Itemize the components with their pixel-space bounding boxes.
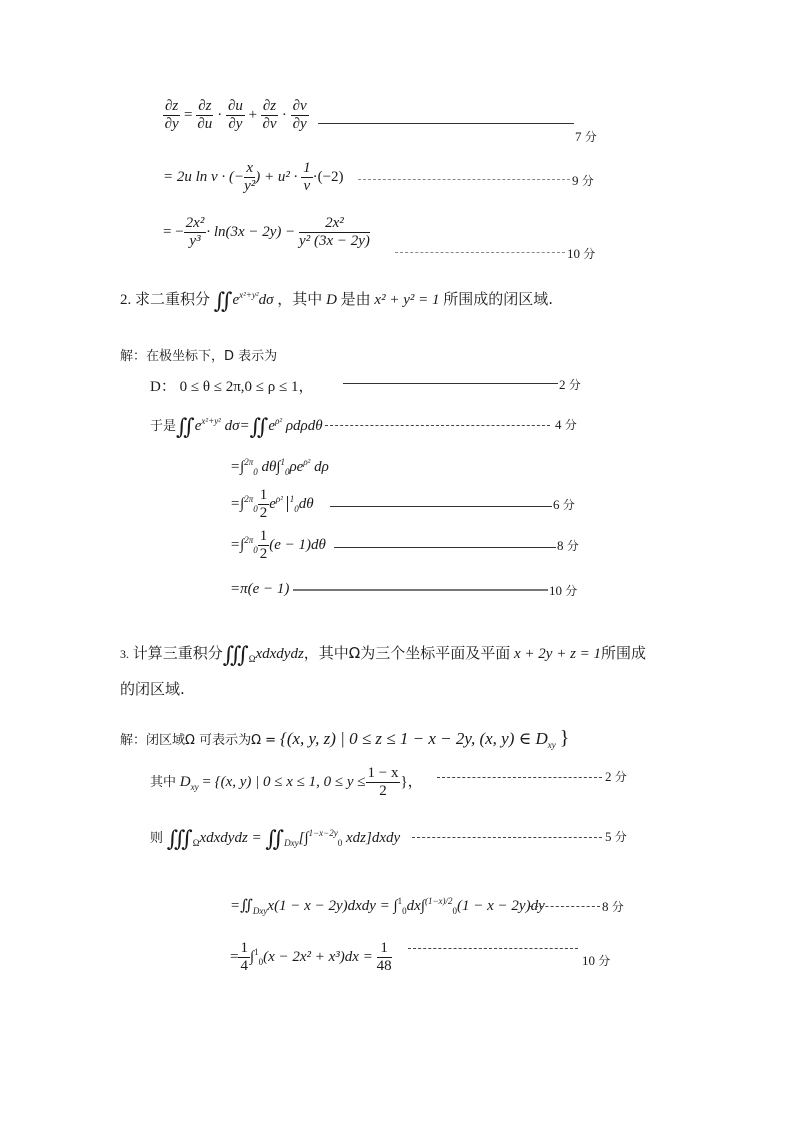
score-leader-line — [325, 425, 550, 426]
fraction: 2x²y² (3x − 2y) — [299, 215, 370, 251]
outer-integral: =∫2π012(e − 1)dθ — [230, 528, 326, 564]
score-leader-line — [293, 589, 548, 591]
score-2: 2 分 — [559, 376, 581, 393]
triple-integral-icon: ∭ — [223, 642, 243, 667]
solution-label: 解：在极坐标下，D 表示为 — [120, 345, 277, 364]
double-integral-icon: ∬ — [265, 826, 278, 851]
inner-evaluated: =∫2π012eρ² 10dθ — [230, 487, 314, 523]
score-10: 10 分 — [567, 245, 595, 262]
fraction: ∂z∂u — [196, 98, 213, 134]
score-leader-line — [395, 252, 565, 253]
score-2: 2 分 — [605, 768, 627, 785]
step-substitution: = 2u ln v · (−xy²) + u² · 1v·(−2) — [163, 160, 344, 196]
denominator: ∂y — [226, 116, 245, 133]
step-chain-rule: ∂z∂y = ∂z∂u · ∂u∂y + ∂z∂v · ∂v∂y — [163, 98, 309, 134]
fraction: ∂u∂y — [226, 98, 245, 134]
double-integral-icon: ∬ — [176, 414, 189, 439]
score-8: 8 分 — [602, 898, 624, 915]
triple-to-double: 则 ∭Ωxdxdydz = ∬Dxy[∫1−x−2y0 xdz]dxdy — [150, 826, 400, 852]
equation: x² + y² = 1 — [374, 292, 439, 308]
score-5: 5 分 — [605, 828, 627, 845]
score-leader-line — [412, 837, 602, 838]
dxy-definition: 其中 Dxy = {(x, y) | 0 ≤ x ≤ 1, 0 ≤ y ≤1 −… — [150, 765, 423, 801]
plus: + — [249, 107, 257, 123]
dot: · — [282, 107, 287, 123]
score-10: 10 分 — [549, 582, 577, 599]
question-number: 3. — [120, 647, 129, 661]
score-leader-line — [318, 123, 574, 124]
expr: = 2u ln v · (− — [163, 169, 244, 185]
score-leader-line — [334, 547, 556, 548]
polar-transform: 于是∬ex²+y² dσ=∬eρ² ρdρdθ — [150, 414, 323, 440]
iterated-form: =∬Dxyx(1 − x − 2y)dxdy = ∫10dx∫(1−x)/20(… — [230, 896, 545, 916]
score-leader-line — [330, 506, 552, 507]
question-number: 2. — [120, 292, 131, 308]
final-result: =14∫10(x − 2x² + x³)dx = 148 — [230, 940, 392, 976]
denominator: ∂u — [196, 116, 213, 133]
iterated-integral: =∫2π0 dθ∫10ρeρ² dρ — [230, 457, 329, 477]
question-3-cont: 的闭区域. — [120, 678, 185, 699]
region-definition: 解：闭区域Ω 可表示为Ω = {(x, y, z) | 0 ≤ z ≤ 1 − … — [120, 727, 569, 750]
score-6: 6 分 — [553, 496, 575, 513]
step-result: = −2x²y³· ln(3x − 2y) − 2x²y² (3x − 2y) — [163, 215, 370, 251]
equation: x + 2y + z = 1 — [514, 646, 601, 662]
triple-integral-icon: ∭ — [167, 826, 187, 851]
numerator: ∂u — [226, 98, 245, 116]
score-leader-line — [408, 948, 578, 949]
score-leader-line — [358, 179, 570, 180]
score-leader-line — [437, 777, 602, 778]
score-9: 9 分 — [572, 172, 594, 189]
score-7: 7 分 — [575, 128, 597, 145]
double-integral-icon: ∬ — [250, 414, 263, 439]
question-2: 2. 求二重积分 ∬ex²+y²dσ ，其中 D 是由 x² + y² = 1 … — [120, 288, 553, 314]
denominator: ∂v — [261, 116, 278, 133]
score-leader-line — [530, 906, 600, 907]
equals: = — [184, 107, 192, 123]
score-4: 4 分 — [555, 416, 577, 433]
score-leader-line — [343, 383, 558, 384]
question-3: 3. 计算三重积分∭Ωxdxdydz，其中Ω为三个坐标平面及平面 x + 2y … — [120, 642, 646, 668]
fraction: 1v — [301, 160, 313, 196]
polar-domain: D： 0 ≤ θ ≤ 2π,0 ≤ ρ ≤ 1， — [150, 375, 314, 396]
score-8: 8 分 — [557, 537, 579, 554]
fraction: xy² — [244, 160, 255, 196]
expr: ) + u² · — [255, 169, 301, 185]
numerator: ∂z — [163, 98, 180, 116]
dot: · — [217, 107, 222, 123]
fraction: ∂z∂y — [163, 98, 180, 134]
denominator: ∂y — [163, 116, 180, 133]
question-text: 求二重积分 — [135, 290, 210, 308]
expr: · ln(3x − 2y) − — [206, 224, 299, 240]
result-fraction: 148 — [377, 940, 392, 976]
denominator: ∂y — [291, 116, 309, 133]
fraction: ∂v∂y — [291, 98, 309, 134]
fraction: ∂z∂v — [261, 98, 278, 134]
double-integral-icon: ∬ — [214, 288, 227, 313]
expr: ·(−2) — [313, 169, 344, 185]
fraction: 2x²y³ — [184, 215, 207, 251]
expr: = − — [163, 224, 184, 240]
score-10: 10 分 — [582, 952, 610, 969]
numerator: ∂z — [261, 98, 278, 116]
numerator: ∂z — [196, 98, 213, 116]
final-answer: =π(e − 1) — [230, 581, 289, 598]
numerator: ∂v — [291, 98, 309, 116]
